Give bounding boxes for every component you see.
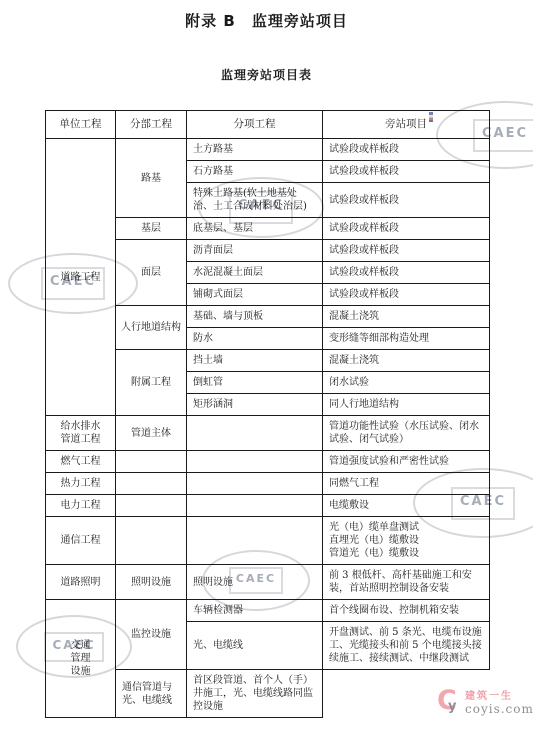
table-cell: 管道主体 (116, 416, 187, 451)
table-row: 道路工程路基土方路基试验段或样板段 (46, 139, 490, 161)
table-cell: 基层 (116, 218, 187, 240)
table-cell (116, 473, 187, 495)
table-cell: 首区段管道、首个人（手）井施工，光、电缆线路同监控设施 (187, 670, 323, 718)
table-cell: 试验段或样板段 (323, 240, 490, 262)
table-cell: 同燃气工程 (323, 473, 490, 495)
table-cell: 光、电缆线 (187, 622, 323, 670)
table-cell: 混凝土浇筑 (323, 306, 490, 328)
table-cell: 前 3 根低杆、高杆基础施工和安装，首站照明控制设备安装 (323, 565, 490, 600)
table-row: 电力工程电缆敷设 (46, 495, 490, 517)
table-cell: 监控设施 (116, 600, 187, 670)
table-title: 监理旁站项目表 (0, 66, 533, 83)
table-cell: 土方路基 (187, 139, 323, 161)
table-cell: 通信工程 (46, 517, 116, 565)
table-cell: 电力工程 (46, 495, 116, 517)
table-body: 道路工程路基土方路基试验段或样板段石方路基试验段或样板段特殊土路基(软土地基处治… (46, 139, 490, 718)
table-cell: 试验段或样板段 (323, 161, 490, 183)
page-title: 附录 B 监理旁站项目 (0, 10, 533, 31)
table-cell: 特殊土路基(软土地基处治、土工合成材料处治层) (187, 183, 323, 218)
table-cell (187, 473, 323, 495)
table-cell: 同人行地道结构 (323, 394, 490, 416)
table-cell: 试验段或样板段 (323, 139, 490, 161)
table-row: 道路照明照明设施照明设施前 3 根低杆、高杆基础施工和安装，首站照明控制设备安装 (46, 565, 490, 600)
table-cell: 变形缝等细部构造处理 (323, 328, 490, 350)
table-cell: 热力工程 (46, 473, 116, 495)
table-cell (116, 451, 187, 473)
table-header-row: 单位工程 分部工程 分项工程 旁站项目 (46, 111, 490, 139)
table-cell: 车辆检测器 (187, 600, 323, 622)
table-cell: 道路工程 (46, 139, 116, 416)
table-cell (187, 495, 323, 517)
table-row: 燃气工程管道强度试验和严密性试验 (46, 451, 490, 473)
table-cell: 给水排水 管道工程 (46, 416, 116, 451)
table-cell: 管道功能性试验（水压试验、闭水试验、闭气试验） (323, 416, 490, 451)
table-cell: 光（电）缆单盘测试 直埋光（电）缆敷设 管道光（电）缆敷设 (323, 517, 490, 565)
table-cell: 照明设施 (187, 565, 323, 600)
table-cell: 电缆敷设 (323, 495, 490, 517)
table-cell: 石方路基 (187, 161, 323, 183)
table-cell: 试验段或样板段 (323, 284, 490, 306)
table-cell: 管道强度试验和严密性试验 (323, 451, 490, 473)
col-header-subdivision-project: 分项工程 (187, 111, 323, 139)
table-cell: 水泥混凝土面层 (187, 262, 323, 284)
table-row: 给水排水 管道工程管道主体管道功能性试验（水压试验、闭水试验、闭气试验） (46, 416, 490, 451)
table-cell: 附属工程 (116, 350, 187, 416)
table-cell: 首个线圈布设、控制机箱安装 (323, 600, 490, 622)
table-cell (187, 517, 323, 565)
table-cell: 路基 (116, 139, 187, 218)
table-cell: 防水 (187, 328, 323, 350)
table-cell: 开盘测试、前 5 条光、电缆布设施工、光缆接头和前 5 个电缆接头接续施工、接续… (323, 622, 490, 670)
table-cell: 面层 (116, 240, 187, 306)
table-cell: 试验段或样板段 (323, 262, 490, 284)
table-cell: 底基层、基层 (187, 218, 323, 240)
supervision-witness-table: 单位工程 分部工程 分项工程 旁站项目 道路工程路基土方路基试验段或样板段石方路… (45, 110, 490, 718)
table-cell: 混凝土浇筑 (323, 350, 490, 372)
table-cell: 沥青面层 (187, 240, 323, 262)
table-cell: 挡土墙 (187, 350, 323, 372)
col-header-witness-item: 旁站项目 (323, 111, 490, 139)
table-cell: 矩形涵洞 (187, 394, 323, 416)
table-cell (187, 416, 323, 451)
table-cell (116, 495, 187, 517)
col-header-division-project: 分部工程 (116, 111, 187, 139)
table-cell: 试验段或样板段 (323, 183, 490, 218)
table-cell: 人行地道结构 (116, 306, 187, 350)
table-cell: 燃气工程 (46, 451, 116, 473)
table-cell (116, 517, 187, 565)
table-cell: 倒虹管 (187, 372, 323, 394)
table-cell: 闭水试验 (323, 372, 490, 394)
table-cell: 通信管道与光、电缆线 (116, 670, 187, 718)
table-cell: 照明设施 (116, 565, 187, 600)
table-row: 交通 管理 设施监控设施车辆检测器首个线圈布设、控制机箱安装 (46, 600, 490, 622)
table-cell: 铺砌式面层 (187, 284, 323, 306)
table-cell: 道路照明 (46, 565, 116, 600)
table-cell: 基础、墙与顶板 (187, 306, 323, 328)
col-header-unit-project: 单位工程 (46, 111, 116, 139)
table-row: 热力工程同燃气工程 (46, 473, 490, 495)
tiny-glyph-artifact (429, 112, 433, 122)
table-cell (187, 451, 323, 473)
table-row: 通信工程光（电）缆单盘测试 直埋光（电）缆敷设 管道光（电）缆敷设 (46, 517, 490, 565)
table-cell: 交通 管理 设施 (46, 600, 116, 718)
table-cell: 试验段或样板段 (323, 218, 490, 240)
